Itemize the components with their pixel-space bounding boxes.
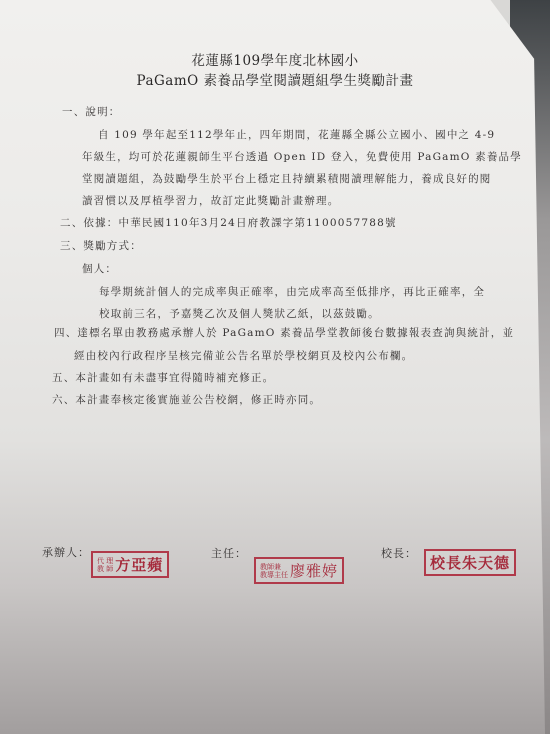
stamp-director-title: 教師兼 教導主任 bbox=[260, 563, 288, 579]
document-title-line1: 花蓮縣109學年度北林國小 bbox=[0, 49, 550, 69]
signature-label-director: 主任： bbox=[211, 545, 247, 561]
stamp-principal-name: 校長朱天德 bbox=[430, 552, 510, 573]
stamp-principal: 校長朱天德 bbox=[424, 549, 516, 576]
signature-label-principal: 校長： bbox=[381, 545, 417, 561]
stamp-title-line2: 教導主任 bbox=[260, 571, 288, 579]
section-1-text-line2: 年級生，均可於花蓮親師生平台透過 Open ID 登入，免費使用 PaGamO … bbox=[82, 149, 522, 164]
signature-label-organizer: 承辦人： bbox=[42, 544, 90, 560]
stamp-organizer: 代 理 教 師 方亞蘋 bbox=[91, 551, 169, 578]
section-4-text-line2: 經由校內行政程序呈核完備並公告名單於學校網頁及校內公布欄。 bbox=[74, 348, 413, 363]
stamp-organizer-name: 方亞蘋 bbox=[115, 554, 163, 575]
stamp-organizer-title: 代 理 教 師 bbox=[97, 557, 113, 573]
section-1-heading: 一、說明： bbox=[62, 104, 121, 119]
stamp-director-name: 廖雅婷 bbox=[290, 560, 338, 581]
stamp-title-line2: 教 師 bbox=[97, 565, 113, 573]
document-title-line2: PaGamO 素養品學堂閱讀題組學生獎勵計畫 bbox=[0, 69, 550, 89]
section-3-text-line1: 每學期統計個人的完成率與正確率，由完成率高至低排序，再比正確率，全 bbox=[99, 284, 485, 299]
section-3-heading: 三、獎勵方式： bbox=[60, 238, 142, 253]
section-5-text: 五、本計畫如有未盡事宜得隨時補充修正。 bbox=[52, 370, 274, 385]
stamp-title-line1: 教師兼 bbox=[260, 563, 288, 571]
section-3-individual-heading: 個人： bbox=[82, 261, 117, 276]
stamp-title-line1: 代 理 bbox=[97, 557, 113, 565]
section-1-text-line4: 讀習慣以及厚植學習力，故訂定此獎勵計畫辦理。 bbox=[82, 193, 339, 208]
section-1-text-line1: 自 109 學年起至112學年止，四年期間，花蓮縣全縣公立國小、國中之 4-9 bbox=[98, 127, 495, 142]
document: 花蓮縣109學年度北林國小 PaGamO 素養品學堂閱讀題組學生獎勵計畫 一、說… bbox=[0, 0, 550, 734]
section-1-text-line3: 堂閱讀題組，為鼓勵學生於平台上穩定且持續累積閱讀理解能力，養成良好的閱 bbox=[82, 171, 492, 186]
section-6-text: 六、本計畫奉核定後實施並公告校網，修正時亦同。 bbox=[52, 392, 321, 407]
section-3-text-line2: 校取前三名，予嘉獎乙次及個人獎狀乙紙，以茲鼓勵。 bbox=[99, 306, 380, 321]
stamp-director: 教師兼 教導主任 廖雅婷 bbox=[254, 557, 344, 584]
section-2-basis: 二、依據：中華民國110年3月24日府教課字第1100057788號 bbox=[60, 215, 397, 230]
section-4-text-line1: 四、達標名單由教務處承辦人於 PaGamO 素養品學堂教師後台數據報表查詢與統計… bbox=[54, 325, 514, 340]
